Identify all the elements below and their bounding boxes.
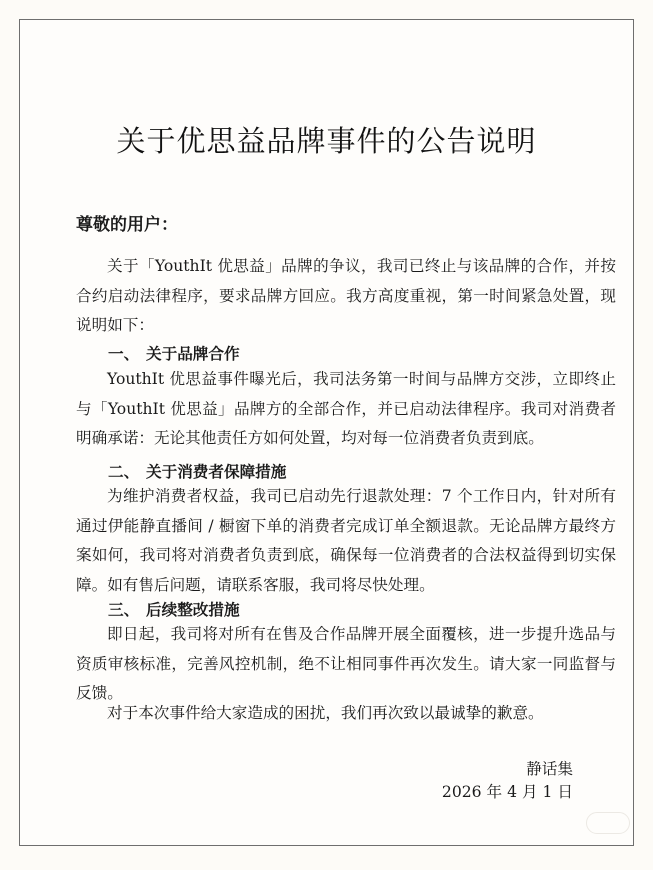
section-heading-2: 二、关于消费者保障措施	[108, 460, 286, 482]
intro-paragraph: 关于「YouthIt 优思益」品牌的争议，我司已终止与该品牌的合作，并按合约启动…	[76, 252, 616, 341]
section-heading-1: 一、关于品牌合作	[108, 342, 240, 364]
section-paragraph-2: 为维护消费者权益，我司已启动先行退款处理：7 个工作日内，针对所有通过伊能静直播…	[76, 482, 616, 600]
watermark-logo-icon	[586, 812, 630, 834]
section-title: 关于品牌合作	[146, 345, 240, 363]
section-paragraph-3: 即日起，我司将对所有在售及合作品牌开展全面覆核，进一步提升选品与资质审核标准，完…	[76, 620, 616, 709]
salutation: 尊敬的用户：	[76, 210, 178, 235]
announcement-document: 关于优思益品牌事件的公告说明 尊敬的用户： 关于「YouthIt 优思益」品牌的…	[19, 19, 634, 846]
section-title: 关于消费者保障措施	[146, 463, 286, 481]
document-title: 关于优思益品牌事件的公告说明	[20, 119, 633, 160]
issue-date: 2026 年 4 月 1 日	[442, 781, 573, 804]
section-number: 三、	[108, 598, 146, 620]
section-number: 二、	[108, 460, 146, 482]
signature-block: 静话集 2026 年 4 月 1 日	[442, 758, 573, 804]
section-heading-3: 三、后续整改措施	[108, 598, 240, 620]
closing-paragraph: 对于本次事件给大家造成的困扰，我们再次致以最诚挚的歉意。	[76, 699, 616, 729]
issuer-name: 静话集	[442, 758, 573, 781]
section-title: 后续整改措施	[146, 601, 240, 619]
section-number: 一、	[108, 342, 146, 364]
section-paragraph-1: YouthIt 优思益事件曝光后，我司法务第一时间与品牌方交涉，立即终止与「Yo…	[76, 365, 616, 454]
